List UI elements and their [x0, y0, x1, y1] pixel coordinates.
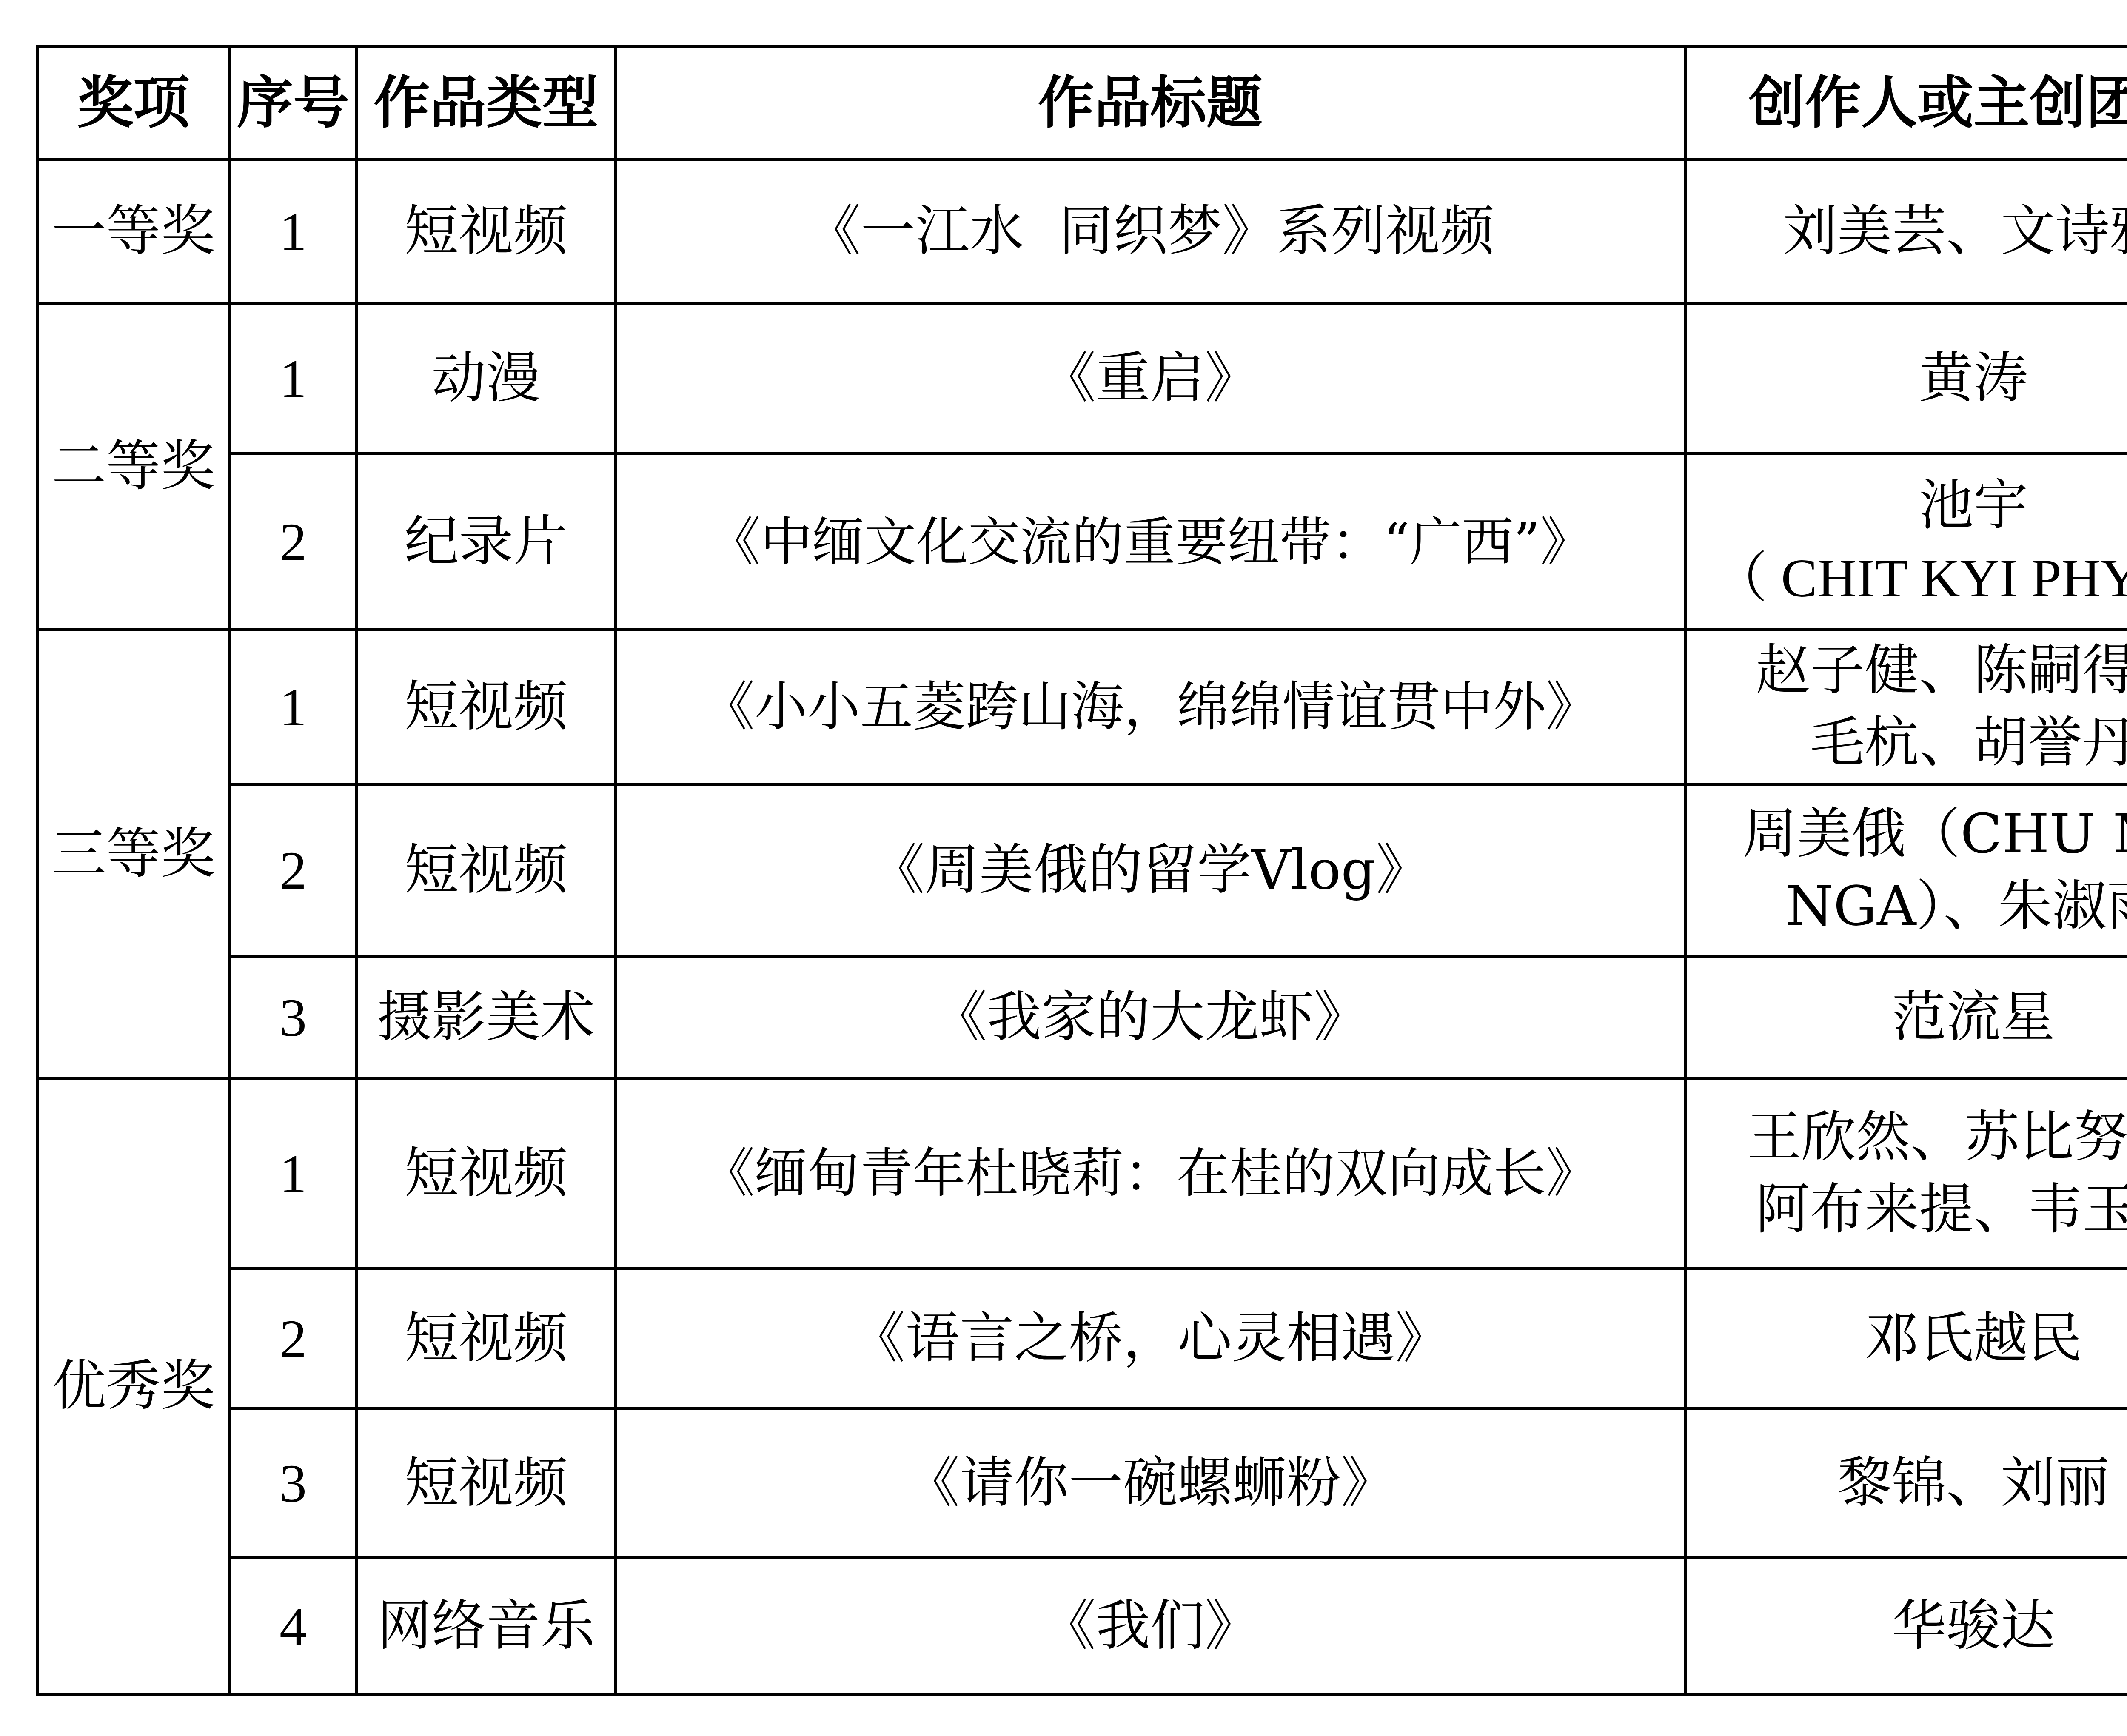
table-row: 2 短视频 《语言之桥，心灵相遇》 邓氏越民 文学院 — [37, 1269, 2127, 1409]
title-cell: 《重启》 — [616, 303, 1685, 454]
table-row: 4 网络音乐 《我们》 华骏达 电气工程学院 — [37, 1558, 2127, 1694]
table-row: 优秀奖 1 短视频 《缅甸青年杜晓莉：在桂的双向成长》 王欣然、苏比努尔· 阿布… — [37, 1079, 2127, 1269]
header-award: 奖项 — [37, 46, 230, 160]
seq-cell: 1 — [230, 160, 357, 303]
header-seq: 序号 — [230, 46, 357, 160]
awards-table: 奖项 序号 作品类型 作品标题 创作人或主创团队 学院/部门 一等奖 1 短视频… — [36, 45, 2127, 1696]
creator-line: 周美俄（CHU MY — [1691, 798, 2127, 870]
type-cell: 短视频 — [357, 1409, 616, 1558]
table-row: 2 纪录片 《中缅文化交流的重要纽带：“广西”》 池宇 （ CHIT KYI P… — [37, 454, 2127, 630]
creators-cell: 邓氏越民 — [1685, 1269, 2127, 1409]
creator-line: 邓氏越民 — [1691, 1303, 2127, 1375]
creators-cell: 池宇 （ CHIT KYI PHYU） — [1685, 454, 2127, 630]
seq-cell: 1 — [230, 1079, 357, 1269]
creator-line: 毛杭、胡誉丹 — [1691, 707, 2127, 779]
seq-cell: 1 — [230, 630, 357, 784]
type-cell: 短视频 — [357, 160, 616, 303]
seq-cell: 2 — [230, 454, 357, 630]
table-row: 3 短视频 《请你一碗螺蛳粉》 黎锦、刘丽 党委宣传部 — [37, 1409, 2127, 1558]
creators-cell: 黎锦、刘丽 — [1685, 1409, 2127, 1558]
creators-cell: 刘美芸、文诗雅 — [1685, 160, 2127, 303]
creator-line: 阿布来提、韦玉桓 — [1687, 1174, 2127, 1246]
title-cell: 《请你一碗螺蛳粉》 — [616, 1409, 1685, 1558]
award-excellence: 优秀奖 — [37, 1079, 230, 1694]
table-row: 二等奖 1 动漫 《重启》 黄涛 艺术学院 — [37, 303, 2127, 454]
creator-line: 黎锦、刘丽 — [1691, 1447, 2127, 1519]
creator-line: （ CHIT KYI PHYU） — [1691, 542, 2127, 614]
header-type: 作品类型 — [357, 46, 616, 160]
seq-cell: 2 — [230, 1269, 357, 1409]
title-cell: 《小小五菱跨山海，绵绵情谊贯中外》 — [616, 630, 1685, 784]
type-cell: 纪录片 — [357, 454, 616, 630]
title-cell: 《缅甸青年杜晓莉：在桂的双向成长》 — [616, 1079, 1685, 1269]
creator-line: 王欣然、苏比努尔· — [1687, 1101, 2127, 1174]
creators-cell: 华骏达 — [1685, 1558, 2127, 1694]
creator-line: 池宇 — [1691, 470, 2127, 542]
creators-cell: 范流星 — [1685, 957, 2127, 1079]
type-cell: 短视频 — [357, 1079, 616, 1269]
creator-line: 范流星 — [1691, 981, 2127, 1054]
seq-cell: 3 — [230, 957, 357, 1079]
seq-cell: 4 — [230, 1558, 357, 1694]
creator-line: 赵子健、陈嗣得、 — [1691, 635, 2127, 707]
creator-line: 华骏达 — [1691, 1590, 2127, 1662]
title-cell: 《我们》 — [616, 1558, 1685, 1694]
table-row: 3 摄影美术 《我家的大龙虾》 范流星 文学院 — [37, 957, 2127, 1079]
header-title: 作品标题 — [616, 46, 1685, 160]
table-row: 一等奖 1 短视频 《一江水 同织梦》系列视频 刘美芸、文诗雅 新闻与传播学院 — [37, 160, 2127, 303]
seq-cell: 1 — [230, 303, 357, 454]
type-cell: 短视频 — [357, 630, 616, 784]
type-cell: 动漫 — [357, 303, 616, 454]
title-cell: 《语言之桥，心灵相遇》 — [616, 1269, 1685, 1409]
seq-cell: 3 — [230, 1409, 357, 1558]
title-cell: 《周美俄的留学Vlog》 — [616, 784, 1685, 957]
creator-line: 黄涛 — [1691, 342, 2127, 415]
title-cell: 《我家的大龙虾》 — [616, 957, 1685, 1079]
creators-cell: 王欣然、苏比努尔· 阿布来提、韦玉桓 — [1685, 1079, 2127, 1269]
creators-cell: 赵子健、陈嗣得、 毛杭、胡誉丹 — [1685, 630, 2127, 784]
creators-cell: 周美俄（CHU MY NGA）、朱淑雨 — [1685, 784, 2127, 957]
type-cell: 网络音乐 — [357, 1558, 616, 1694]
award-first: 一等奖 — [37, 160, 230, 303]
creators-cell: 黄涛 — [1685, 303, 2127, 454]
type-cell: 摄影美术 — [357, 957, 616, 1079]
creator-line: NGA）、朱淑雨 — [1691, 870, 2127, 943]
header-row: 奖项 序号 作品类型 作品标题 创作人或主创团队 学院/部门 — [37, 46, 2127, 160]
type-cell: 短视频 — [357, 1269, 616, 1409]
creator-line: 刘美芸、文诗雅 — [1691, 195, 2127, 268]
title-cell: 《一江水 同织梦》系列视频 — [616, 160, 1685, 303]
table-row: 2 短视频 《周美俄的留学Vlog》 周美俄（CHU MY NGA）、朱淑雨 文… — [37, 784, 2127, 957]
title-cell: 《中缅文化交流的重要纽带：“广西”》 — [616, 454, 1685, 630]
seq-cell: 2 — [230, 784, 357, 957]
award-third: 三等奖 — [37, 630, 230, 1079]
type-cell: 短视频 — [357, 784, 616, 957]
header-creators: 创作人或主创团队 — [1685, 46, 2127, 160]
award-second: 二等奖 — [37, 303, 230, 630]
table-row: 三等奖 1 短视频 《小小五菱跨山海，绵绵情谊贯中外》 赵子健、陈嗣得、 毛杭、… — [37, 630, 2127, 784]
